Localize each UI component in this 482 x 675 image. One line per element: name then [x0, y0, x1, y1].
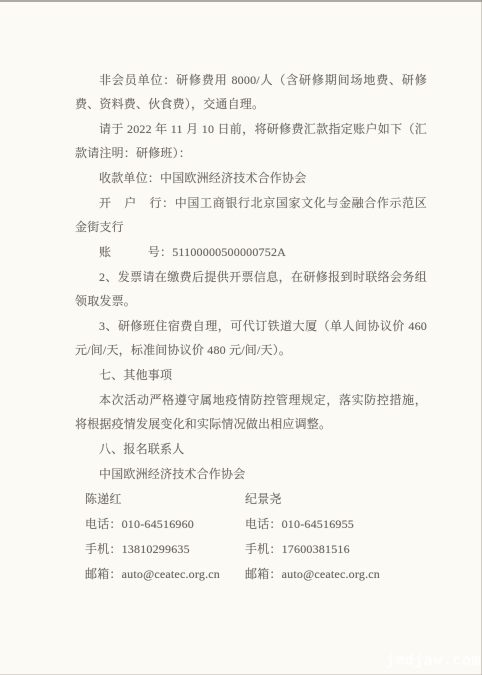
- mobile-value: 17600381516: [282, 542, 350, 556]
- contact-mobile-row: 手机：17600381516: [245, 537, 380, 562]
- mobile-label: 手机：: [245, 542, 282, 556]
- contact-card-right: 纪景尧 电话：010-64516955 手机：17600381516 邮箱：au…: [245, 487, 380, 587]
- paragraph-accommodation-info: 3、研修班住宿费自理，可代订铁道大厦（单人间协议价 460 元/间/天，标准间协…: [75, 314, 427, 362]
- watermark: jmdjaw.com: [386, 651, 481, 669]
- paragraph-account-number: 账 号：51100000500000752A: [75, 240, 427, 264]
- contact-card-left: 陈递红 电话：010-64516960 手机：13810299635 邮箱：au…: [85, 487, 245, 587]
- paragraph-nonmember-fee: 非会员单位：研修费用 8000/人（含研修期间场地费、研修费、资料费、伙食费），…: [75, 68, 427, 116]
- phone-label: 电话：: [245, 517, 282, 531]
- contact-columns: 陈递红 电话：010-64516960 手机：13810299635 邮箱：au…: [85, 487, 427, 587]
- section-heading-registration-contacts: 八、报名联系人: [75, 437, 427, 461]
- paragraph-epidemic-policy: 本次活动严格遵守属地疫情防控管理规定，落实防控措施，将根据疫情发展变化和实际情况…: [75, 388, 427, 436]
- phone-label: 电话：: [85, 517, 122, 531]
- paragraph-association-name: 中国欧洲经济技术合作协会: [75, 462, 427, 486]
- mobile-label: 手机：: [85, 542, 122, 556]
- contact-phone-row: 电话：010-64516960: [85, 512, 245, 537]
- paragraph-bank-name: 开 户 行：中国工商银行北京国家文化与金融合作示范区金街支行: [75, 191, 427, 239]
- email-value: auto@ceatec.org.cn: [282, 567, 380, 581]
- contact-name: 纪景尧: [245, 487, 380, 512]
- paragraph-invoice-info: 2、发票请在缴费后提供开票信息，在研修报到时联络会务组领取发票。: [75, 265, 427, 313]
- document-body: 非会员单位：研修费用 8000/人（含研修期间场地费、研修费、资料费、伙食费），…: [0, 0, 482, 587]
- paragraph-payee-name: 收款单位：中国欧洲经济技术合作协会: [75, 166, 427, 190]
- email-value: auto@ceatec.org.cn: [122, 567, 220, 581]
- contact-mobile-row: 手机：13810299635: [85, 537, 245, 562]
- paragraph-remittance-deadline: 请于 2022 年 11 月 10 日前，将研修费汇款指定账户如下（汇款请注明：…: [75, 117, 427, 165]
- mobile-value: 13810299635: [122, 542, 190, 556]
- phone-value: 010-64516955: [282, 517, 354, 531]
- contact-email-row: 邮箱：auto@ceatec.org.cn: [245, 562, 380, 587]
- email-label: 邮箱：: [245, 567, 282, 581]
- contact-phone-row: 电话：010-64516955: [245, 512, 380, 537]
- email-label: 邮箱：: [85, 567, 122, 581]
- scanned-document-page: 非会员单位：研修费用 8000/人（含研修期间场地费、研修费、资料费、伙食费），…: [0, 0, 482, 675]
- section-heading-other-matters: 七、其他事项: [75, 363, 427, 387]
- contact-email-row: 邮箱：auto@ceatec.org.cn: [85, 562, 245, 587]
- contact-name: 陈递红: [85, 487, 245, 512]
- phone-value: 010-64516960: [122, 517, 194, 531]
